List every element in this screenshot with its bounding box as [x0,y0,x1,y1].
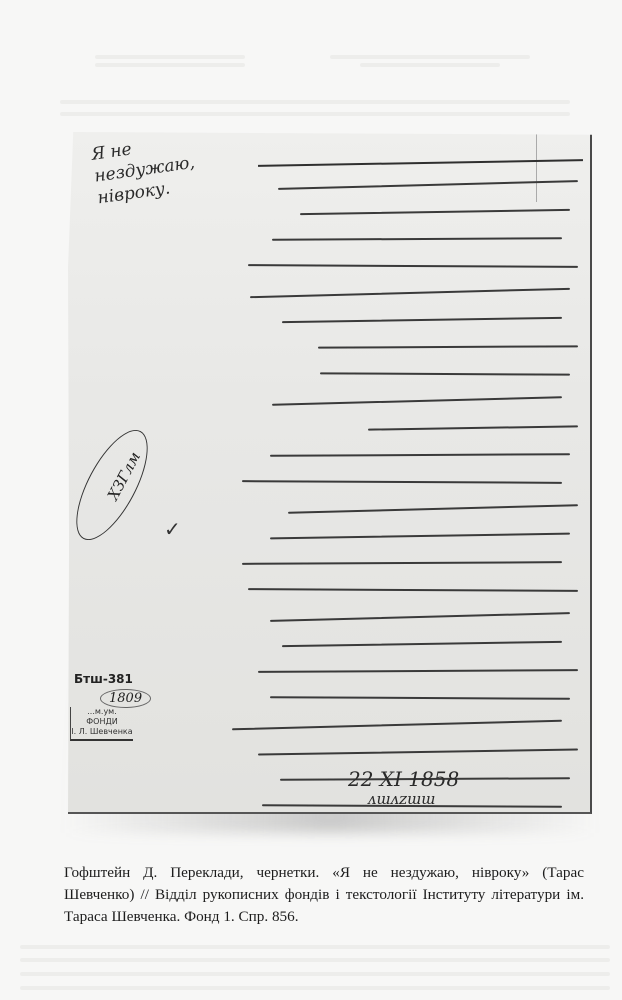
handwritten-body [188,172,578,820]
figure-caption: Гофштейн Д. Переклади, чернетки. «Я не н… [64,862,584,928]
handwritten-line [188,631,578,658]
archive-stamp: ...м.ум. ФОНДИ І. Л. Шевченка [70,707,133,741]
manuscript-date: 22 XI 1858 [348,767,459,791]
margin-note: Я не нездужаю, нівроку. [90,130,199,209]
handwritten-line [188,199,578,226]
handwritten-line [188,712,578,739]
handwritten-line [188,334,578,361]
handwritten-line [188,361,578,388]
archive-number: 1809 [100,689,151,708]
handwritten-line [188,469,578,496]
handwritten-line [188,280,578,307]
handwritten-line [188,658,578,685]
handwritten-line [188,253,578,280]
handwritten-line [188,226,578,253]
check-mark-icon: ✓ [164,517,181,541]
handwritten-line [188,685,578,712]
handwritten-line [188,577,578,604]
handwritten-line [188,496,578,523]
handwritten-line [188,172,578,199]
handwritten-line [188,604,578,631]
manuscript-signature: ᴧɯᴧᴢɯɯ [368,790,436,808]
handwritten-line [188,388,578,415]
handwritten-line [188,307,578,334]
handwritten-line [188,523,578,550]
archive-code: Бтш-381 [74,672,133,686]
handwritten-line [188,415,578,442]
manuscript-photo: Я не нездужаю, нівроку. ХЗГлм ✓ Бтш-381 … [68,132,592,814]
header-strikethrough-line [258,159,583,167]
handwritten-line [188,442,578,469]
handwritten-line [188,550,578,577]
handwritten-line [188,739,578,766]
